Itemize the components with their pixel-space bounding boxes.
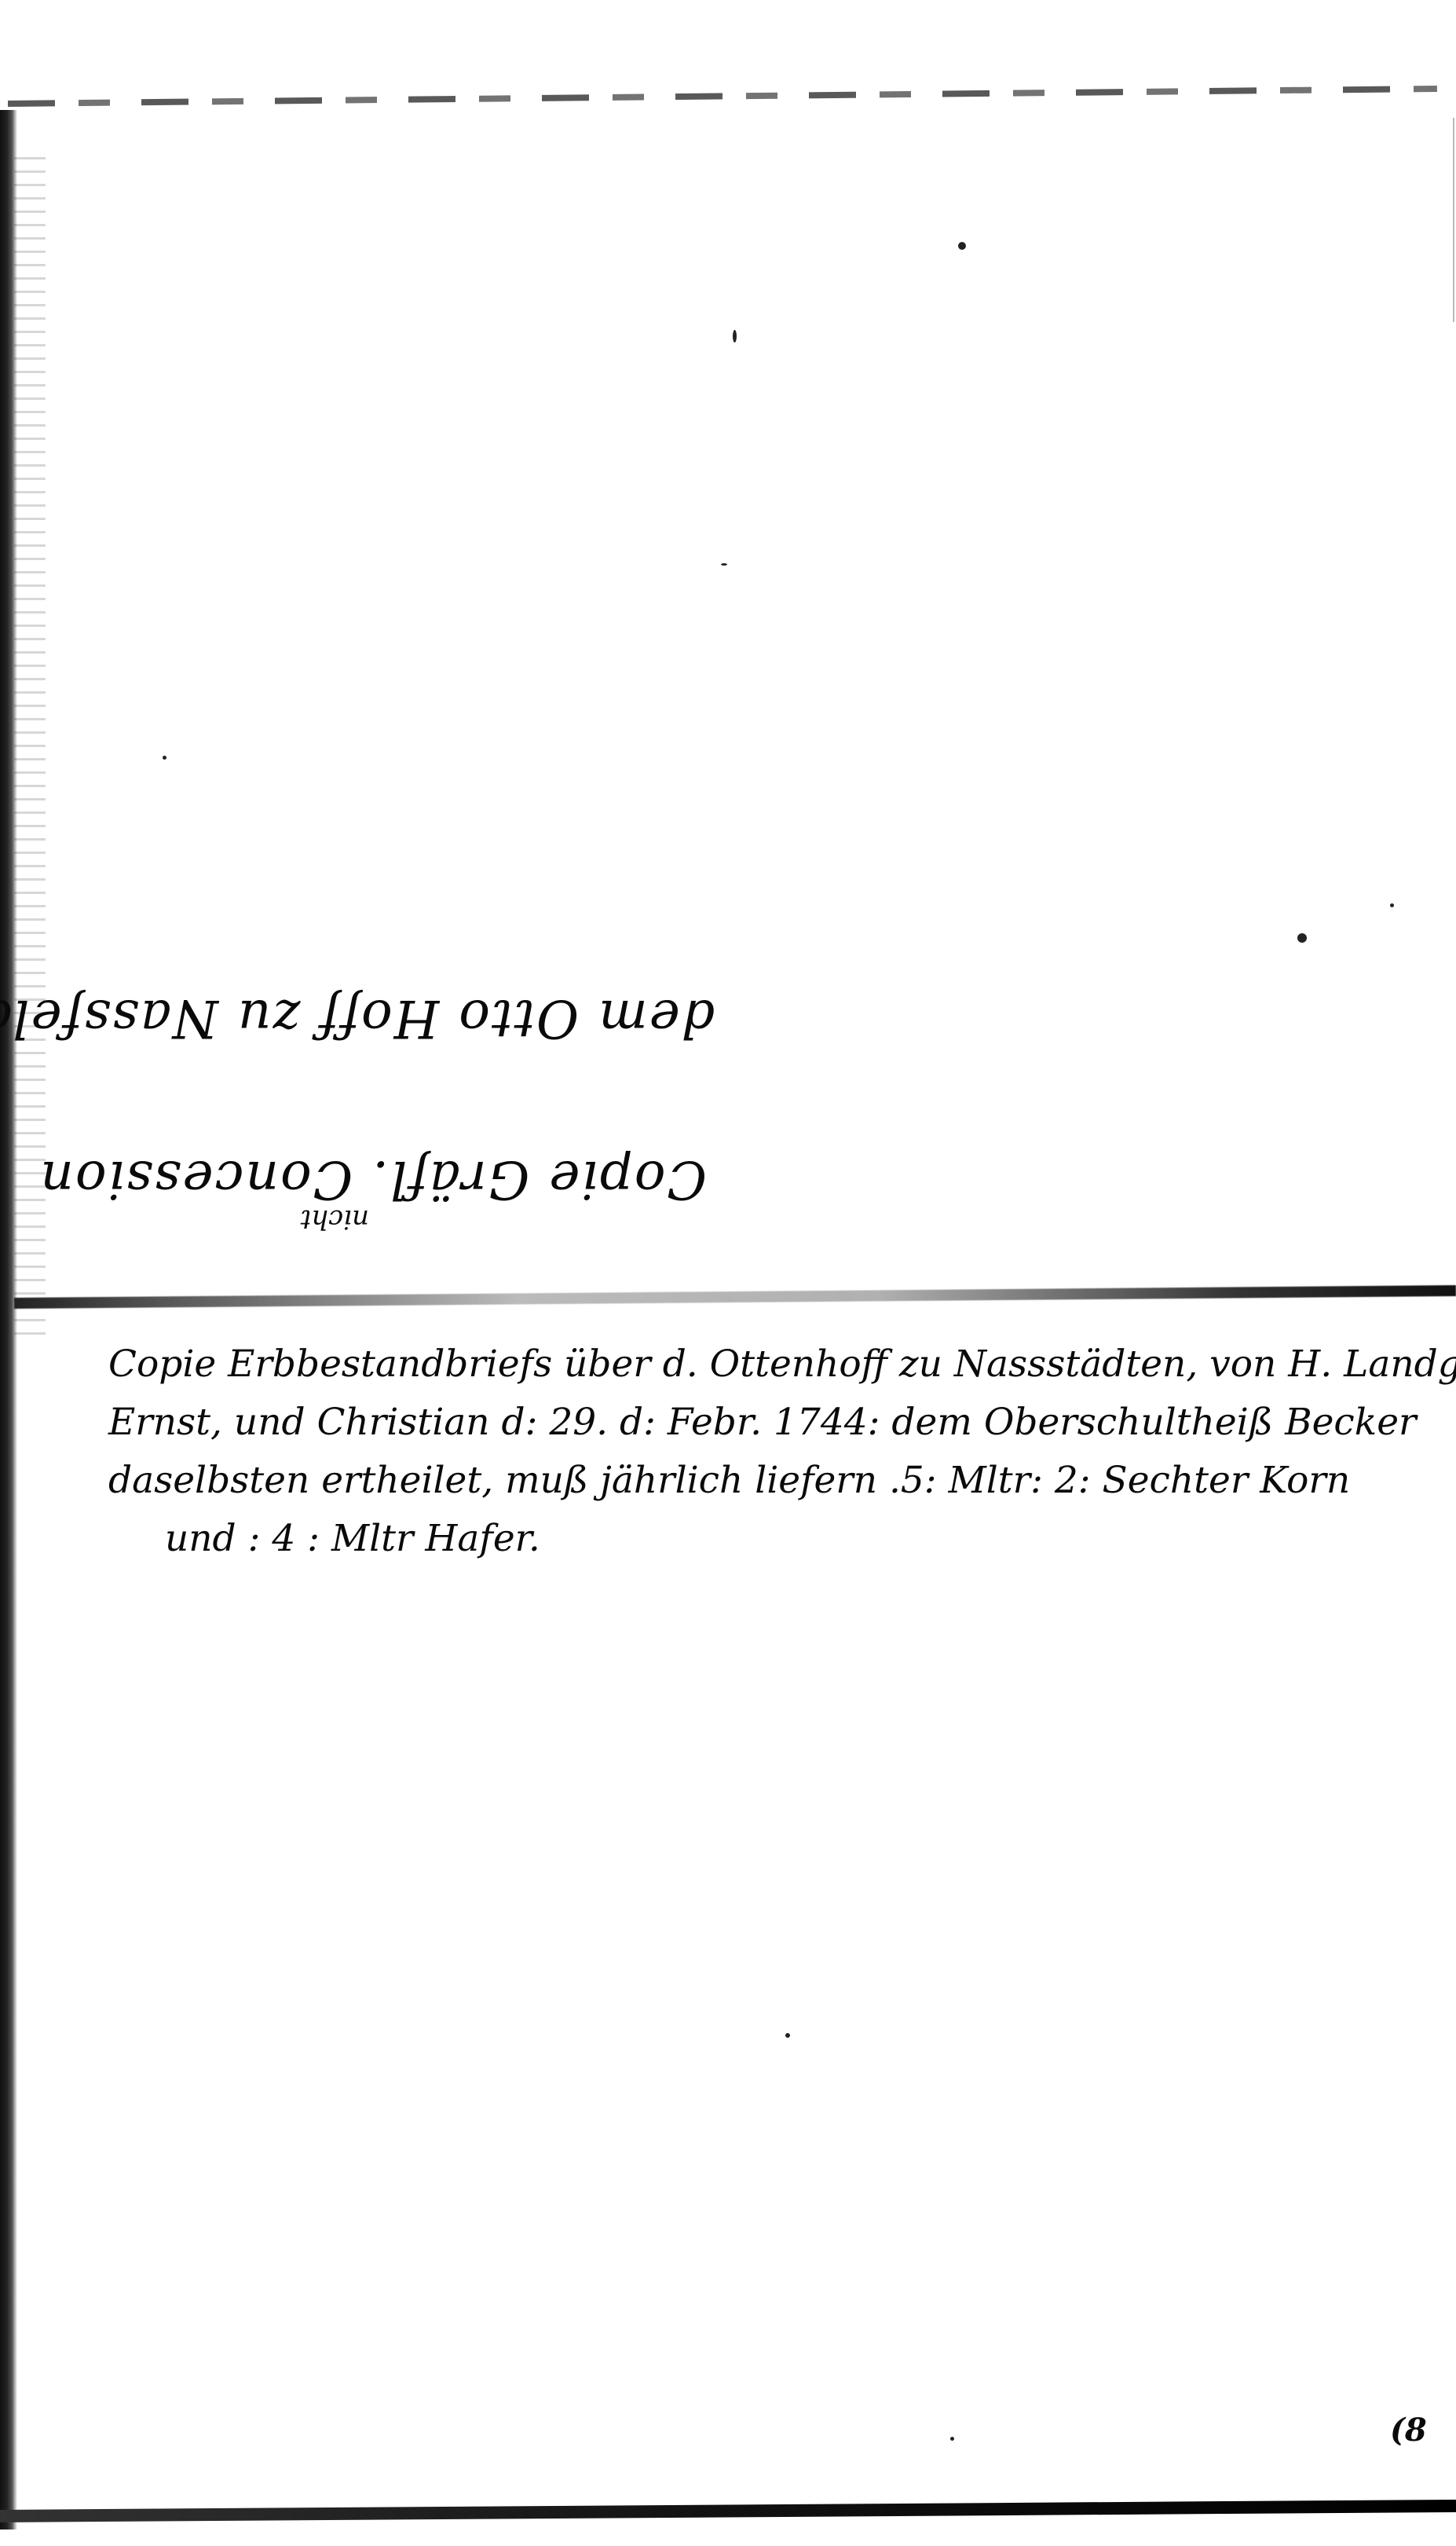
- scan-speck: [721, 563, 727, 566]
- scan-top-edge: [8, 86, 1437, 107]
- entry-line-2: Ernst, und Christian d: 29. d: Febr. 174…: [108, 1394, 1443, 1452]
- scan-speck: [785, 2033, 790, 2038]
- inverted-note-superscript: nicht: [301, 1203, 369, 1235]
- entry-line-3: daselbsten ertheilet, muß jährlich liefe…: [108, 1452, 1443, 1510]
- scan-speck: [163, 756, 166, 760]
- page-fold-line: [14, 1285, 1456, 1309]
- scan-right-edge: [1453, 118, 1454, 322]
- main-entry: Copie Erbbestandbriefs über d. Ottenhoff…: [108, 1335, 1443, 1568]
- scan-speck: [1390, 903, 1394, 907]
- scan-speck: [1297, 933, 1307, 943]
- scan-speck: [733, 330, 737, 343]
- inverted-note: Copie Gräfl. Concession nicht dem Otto H…: [31, 911, 738, 1241]
- scan-speck: [950, 2437, 954, 2441]
- manuscript-page: Copie Gräfl. Concession nicht dem Otto H…: [0, 0, 1456, 2546]
- entry-line-1: Copie Erbbestandbriefs über d. Ottenhoff…: [108, 1335, 1443, 1394]
- inverted-note-line-2: dem Otto Hoff zu Nassfeld:: [0, 988, 715, 1049]
- entry-line-4: und : 4 : Mltr Hafer.: [108, 1510, 1443, 1568]
- scan-bottom-edge: [0, 2500, 1456, 2522]
- scan-speck: [958, 242, 966, 250]
- inverted-note-line-1: Copie Gräfl. Concession: [38, 1149, 707, 1210]
- page-number: (8: [1390, 2412, 1427, 2449]
